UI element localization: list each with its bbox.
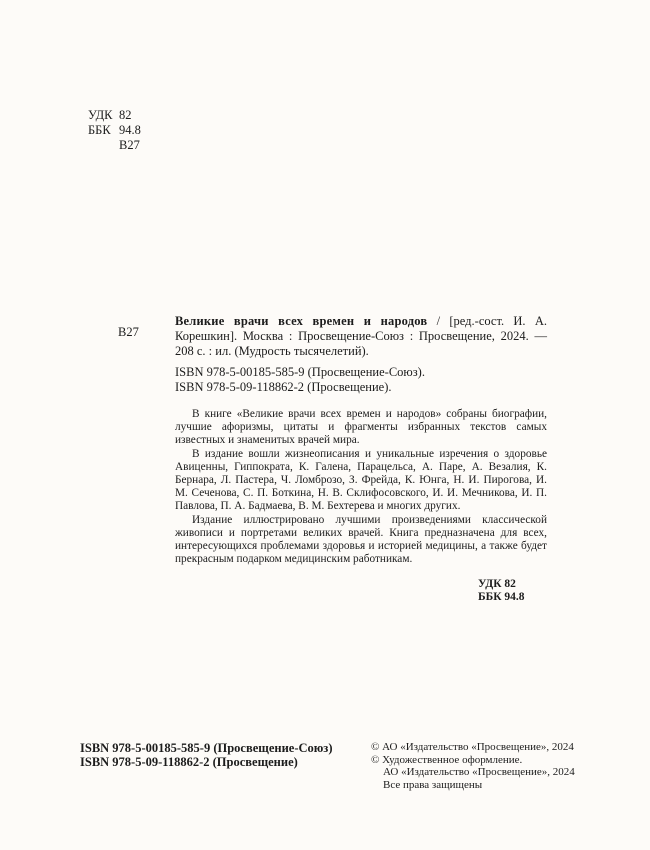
- rights-reserved: Все права защищены: [371, 779, 575, 792]
- author-mark: В27: [118, 325, 139, 340]
- author-mark-top: В27: [119, 138, 140, 153]
- isbn-record-1: ISBN 978-5-00185-585-9 (Просвещение-Союз…: [175, 365, 547, 380]
- udk-row: УДК 82: [88, 108, 141, 123]
- bbk-value: 94.8: [119, 123, 141, 138]
- isbn-record-2: ISBN 978-5-09-118862-2 (Просвещение).: [175, 380, 547, 395]
- classification-codes-top: УДК 82 ББК 94.8 В27: [88, 108, 141, 153]
- annotation-paragraph: Издание иллюстрировано лучшими произведе…: [175, 514, 547, 567]
- udk-code: УДК 82: [478, 578, 525, 591]
- annotation-paragraph: В издание вошли жизнеописания и уникальн…: [175, 448, 547, 514]
- copyright-line: © Художественное оформление.: [371, 754, 575, 767]
- isbn-footer: ISBN 978-5-00185-585-9 (Просвещение-Союз…: [80, 741, 333, 769]
- isbn-record-list: ISBN 978-5-00185-585-9 (Просвещение-Союз…: [175, 365, 547, 395]
- isbn-footer-1: ISBN 978-5-00185-585-9 (Просвещение-Союз…: [80, 741, 333, 755]
- bbk-label: ББК: [88, 123, 119, 138]
- udk-label: УДК: [88, 108, 119, 123]
- bibliographic-record: Великие врачи всех времен и народов / [р…: [175, 314, 547, 359]
- author-mark-row: В27: [88, 138, 141, 153]
- bbk-code: ББК 94.8: [478, 591, 525, 604]
- classification-codes-bottom: УДК 82 ББК 94.8: [478, 578, 525, 604]
- copyright-line: © АО «Издательство «Просвещение», 2024: [371, 741, 575, 754]
- copyright-line: АО «Издательство «Просвещение», 2024: [371, 766, 575, 779]
- book-title: Великие врачи всех времен и народов: [175, 314, 427, 328]
- bbk-row: ББК 94.8: [88, 123, 141, 138]
- annotation-paragraph: В книге «Великие врачи всех времен и нар…: [175, 408, 547, 448]
- udk-value: 82: [119, 108, 132, 123]
- copyright-block: © АО «Издательство «Просвещение», 2024 ©…: [371, 741, 575, 791]
- annotation: В книге «Великие врачи всех времен и нар…: [175, 408, 547, 566]
- isbn-footer-2: ISBN 978-5-09-118862-2 (Просвещение): [80, 755, 333, 769]
